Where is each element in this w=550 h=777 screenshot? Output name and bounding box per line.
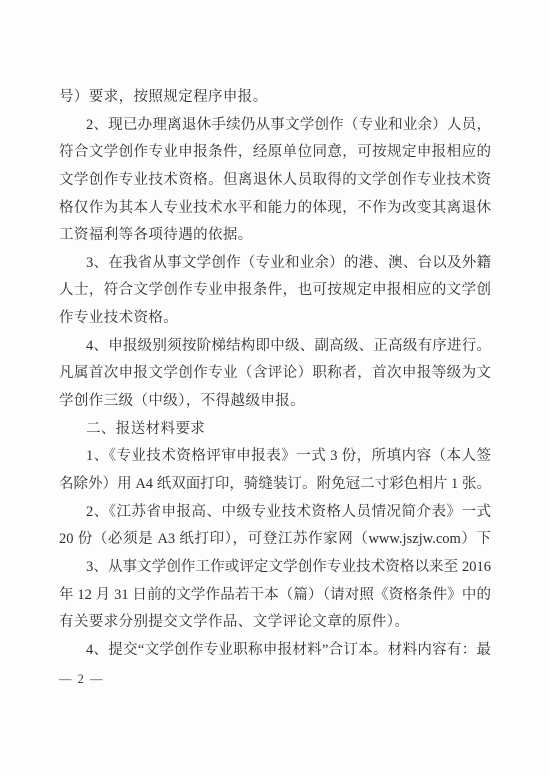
text-line: 作专业技术资格。	[59, 305, 491, 333]
text-line: 凡属首次申报文学创作专业（含评论）职称者，首次申报等级为文	[59, 360, 491, 388]
paragraph-4-start: 4、申报级别须按阶梯结构即中级、副高级、正高级有序进行。	[59, 333, 491, 361]
paragraph-3-start: 3、在我省从事文学创作（专业和业余）的港、澳、台以及外籍	[59, 250, 491, 278]
item-2-start: 2、《江苏省申报高、中级专业技术资格人员情况简介表》一式	[59, 499, 491, 527]
text-line: 名除外）用 A4 纸双面打印，骑缝装订。附免冠二寸彩色相片 1 张。	[59, 471, 491, 499]
text-line: 年 12 月 31 日前的文学作品若干本（篇）（请对照《资格条件》中的	[59, 582, 491, 610]
text-line: 号）要求，按照规定程序申报。	[59, 84, 491, 112]
item-4-start: 4、提交“文学创作专业职称申报材料”合订本。材料内容有：最	[59, 637, 491, 665]
text-line: 人士，符合文学创作专业申报条件，也可按规定申报相应的文学创	[59, 277, 491, 305]
section-heading: 二、报送材料要求	[59, 416, 491, 444]
paragraph-2-start: 2、现已办理离退休手续仍从事文学创作（专业和业余）人员，	[59, 112, 491, 140]
text-line: 有关要求分别提交文学作品、文学评论文章的原件）。	[59, 609, 491, 637]
text-line: 文学创作专业技术资格。但离退休人员取得的文学创作专业技术资	[59, 167, 491, 195]
text-line: 格仅作为其本人专业技术水平和能力的体现，不作为改变其离退休	[59, 195, 491, 223]
text-line: 20 份（必须是 A3 纸打印），可登江苏作家网（www.jszjw.com）下…	[59, 526, 491, 554]
page-number: — 2 —	[59, 670, 104, 688]
document-body: 号）要求，按照规定程序申报。 2、现已办理离退休手续仍从事文学创作（专业和业余）…	[59, 84, 491, 664]
text-line: 工资福利等各项待遇的依据。	[59, 222, 491, 250]
text-line: 符合文学创作专业申报条件，经原单位同意，可按规定申报相应的	[59, 139, 491, 167]
item-1-start: 1、《专业技术资格评审申报表》一式 3 份，所填内容（本人签	[59, 443, 491, 471]
document-page: 号）要求，按照规定程序申报。 2、现已办理离退休手续仍从事文学创作（专业和业余）…	[0, 0, 550, 777]
item-3-start: 3、从事文学创作工作或评定文学创作专业技术资格以来至 2016	[59, 554, 491, 582]
text-line: 学创作三级（中级），不得越级申报。	[59, 388, 491, 416]
